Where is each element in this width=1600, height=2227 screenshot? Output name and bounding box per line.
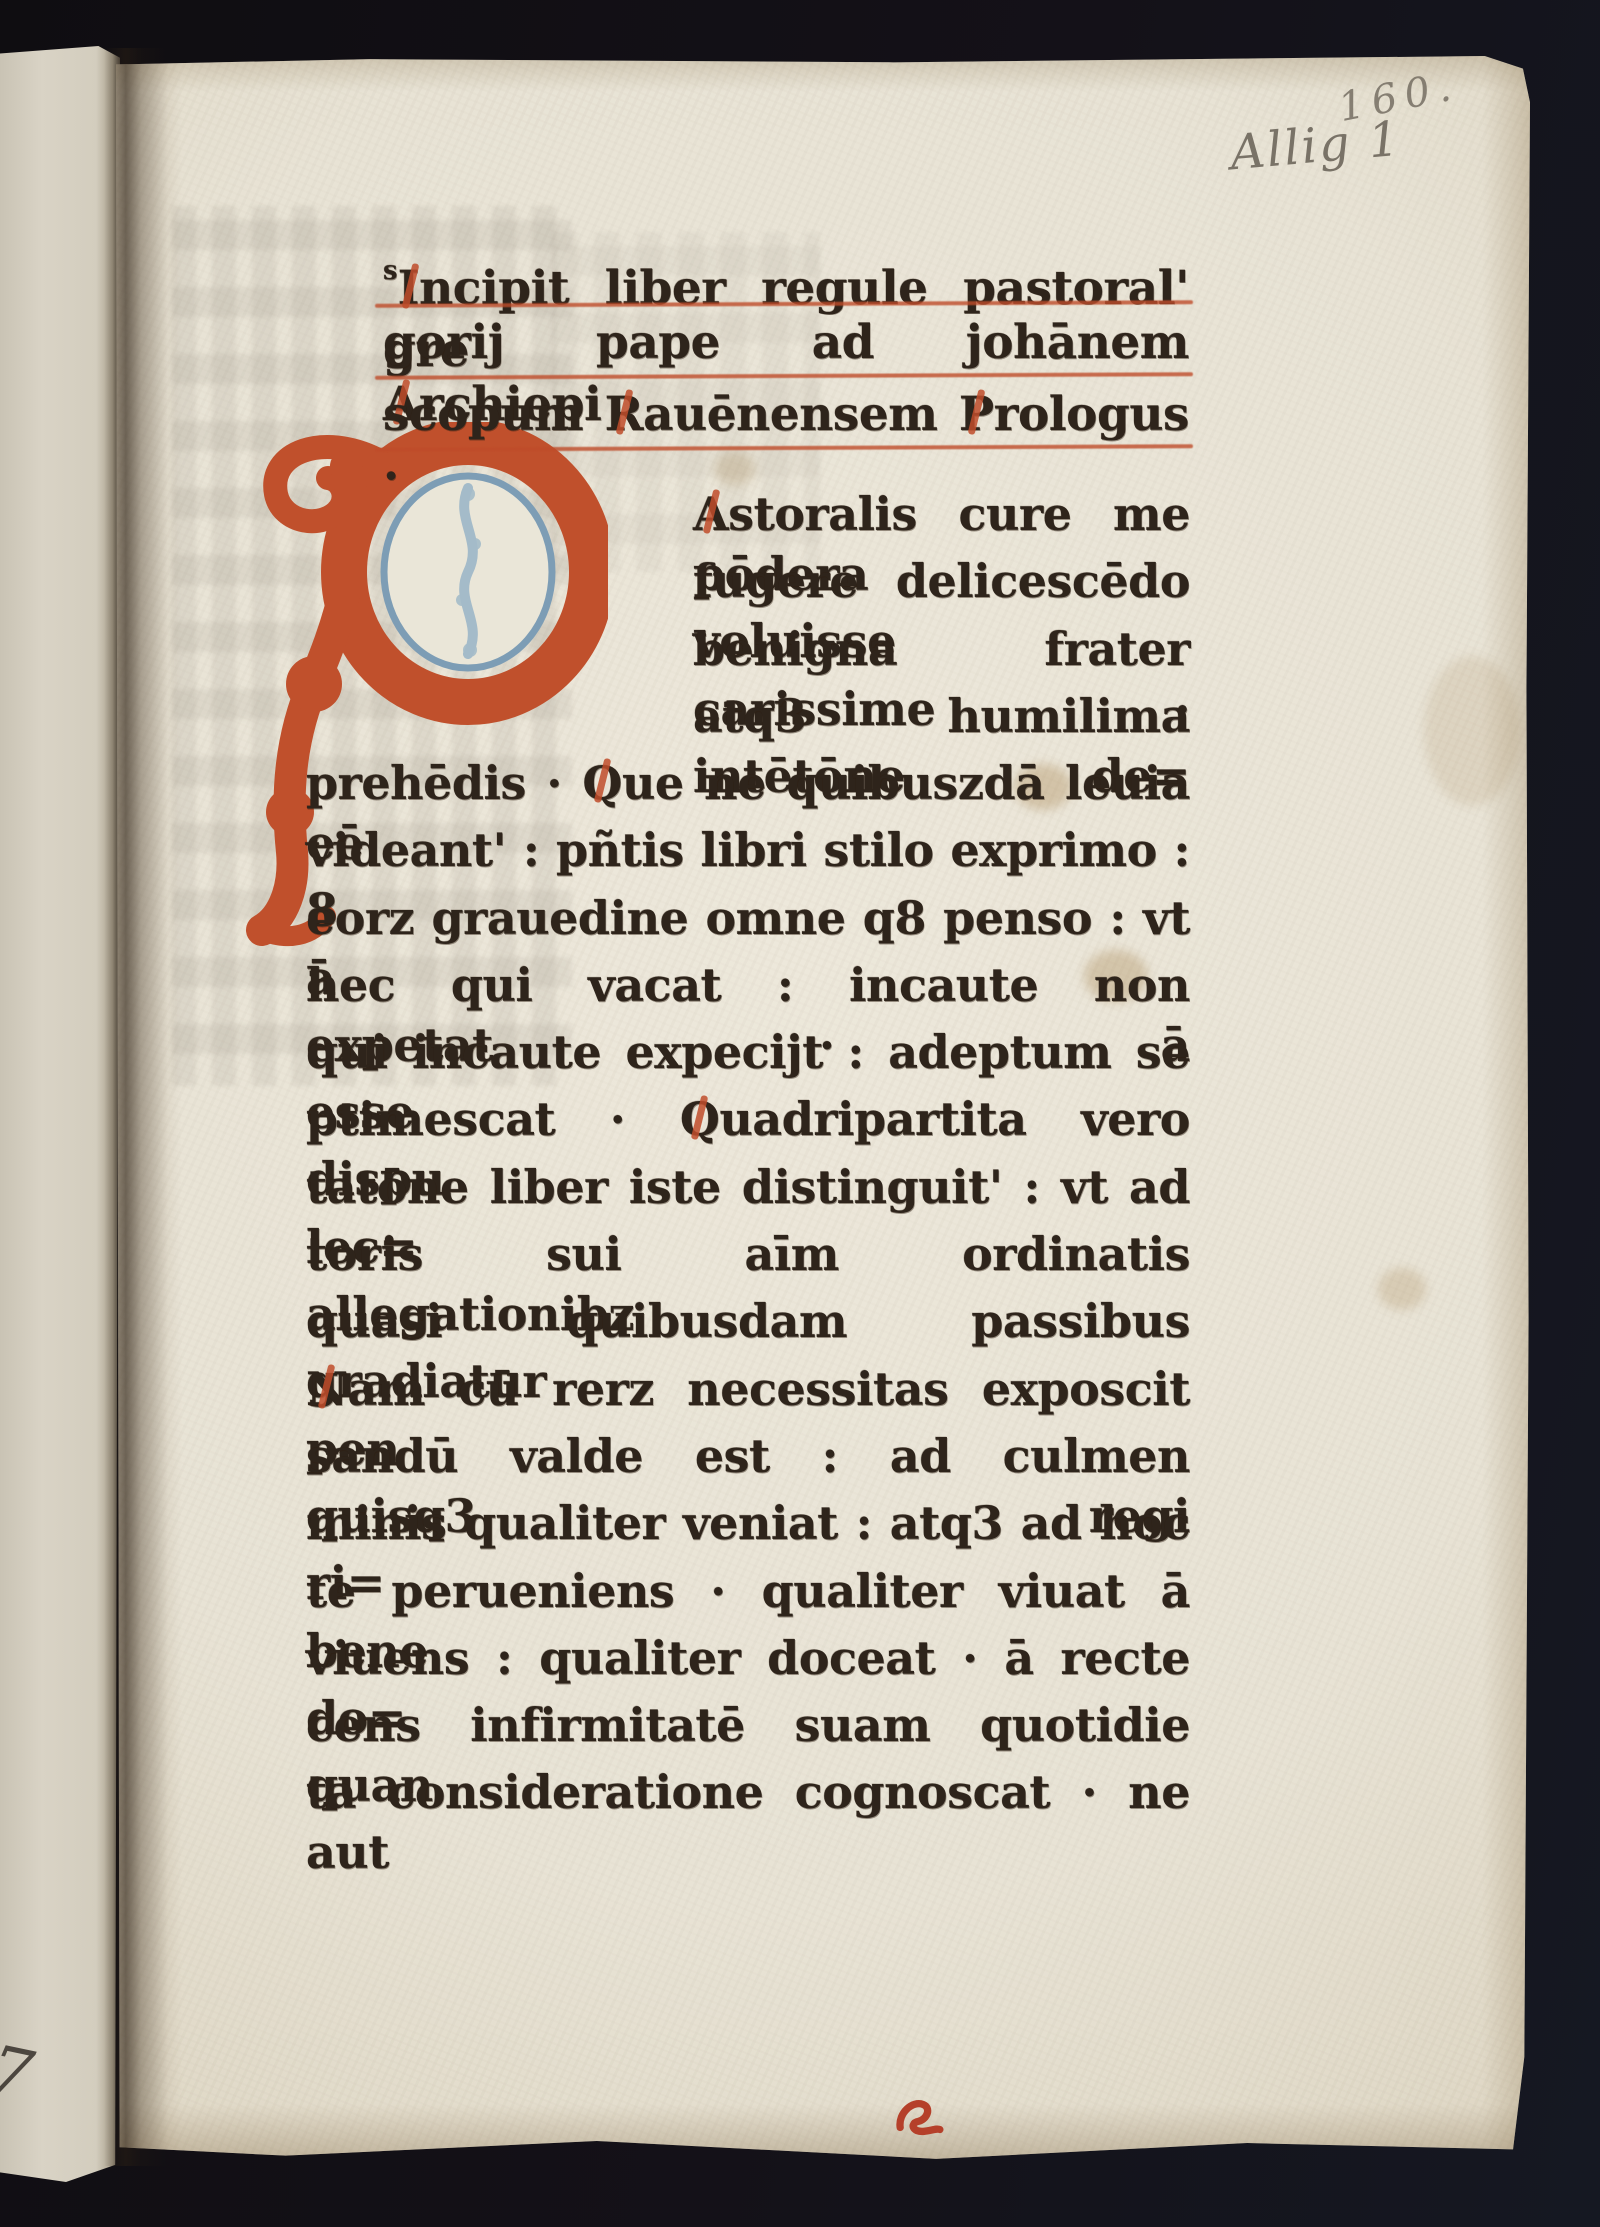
red-underline xyxy=(375,444,1193,452)
text-segment: scopum xyxy=(383,387,605,442)
text-line: hec qui vacat : incaute non expetat · ā xyxy=(306,955,1190,1022)
text-line: Astoralis cure me pōdera xyxy=(693,484,1190,551)
text-line: Nam cū rerz necessitas exposcit pen xyxy=(306,1359,1190,1426)
red-flourish-mark xyxy=(896,2096,944,2138)
text-line: gorij pape ad johānem Archiepi xyxy=(383,312,1189,384)
foxing-stain xyxy=(714,452,756,486)
incipit-heading: sIncipit liber regule pastoral' gregorij… xyxy=(383,240,1189,456)
foxing-stain xyxy=(1378,1268,1426,1310)
red-underline xyxy=(375,372,1193,380)
text-line: minis qualiter veniat : atq3 ad hoc ri= xyxy=(306,1493,1190,1560)
facing-page-edge: 7 xyxy=(0,46,120,2182)
rubricated-capital: Q xyxy=(680,1092,720,1146)
text-line: benigna frater carissime · xyxy=(693,619,1190,686)
text-segment: ta consideratione cognoscat · ne aut xyxy=(306,1765,1190,1879)
text-line: cens infirmitatē suam quotidie quan xyxy=(306,1695,1190,1762)
rubricated-capital: P xyxy=(959,387,994,442)
manuscript-photo: 7 160. Allig 1 sIncipit liber regule pas… xyxy=(0,0,1600,2227)
rubricated-capital: A xyxy=(693,487,728,541)
text-line: qui incaute expecijt : adeptum se esse xyxy=(306,1022,1190,1089)
pen-stroke-mark: 7 xyxy=(0,2030,40,2114)
foxing-stain xyxy=(1424,656,1520,806)
text-segment: s xyxy=(383,256,398,286)
text-line: sIncipit liber regule pastoral' gre xyxy=(383,240,1189,312)
text-segment: gorij pape ad johānem xyxy=(383,315,1189,370)
rubricated-capital: N xyxy=(306,1362,348,1416)
text-segment: prehēdis · xyxy=(306,756,582,810)
rubricated-capital: Q xyxy=(582,756,622,810)
text-line: sandū valde est : ad culmen quisq3 regi xyxy=(306,1426,1190,1493)
prologue-opening-lines: Astoralis cure me pōderafugere delicescē… xyxy=(693,484,1190,753)
prologue-body-lines: prehēdis · Que ne quibuszdā leuia eēvide… xyxy=(306,753,1190,1830)
manuscript-page: 160. Allig 1 sIncipit liber regule pasto… xyxy=(116,56,1530,2162)
text-line: fugere delicescēdo voluisse xyxy=(693,551,1190,618)
text-line: viuens : qualiter doceat · ā recte do= xyxy=(306,1628,1190,1695)
text-line: atq3 humilima intētōne de= xyxy=(693,686,1190,753)
text-line: prehēdis · Que ne quibuszdā leuia eē xyxy=(306,753,1190,820)
text-line: scopum Rauēnensem Prologus · xyxy=(383,384,1189,456)
text-line: videant' : pñtis libri stilo exprimo : 8 xyxy=(306,820,1190,887)
text-line: eorz grauedine omne q8 penso : vt ā xyxy=(306,888,1190,955)
text-line: te perueniens · qualiter viuat ā bene xyxy=(306,1561,1190,1628)
text-line: ta consideratione cognoscat · ne aut xyxy=(306,1762,1190,1829)
text-segment: ptimescat · xyxy=(306,1092,680,1146)
rubricated-capital: R xyxy=(605,387,644,442)
text-line: ptimescat · Quadripartita vero dispu xyxy=(306,1089,1190,1156)
text-line: toris sui aīm ordinatis allegationibz xyxy=(306,1224,1190,1291)
text-segment: auēnensem xyxy=(643,387,959,442)
binder-annotation: Allig 1 xyxy=(1228,111,1403,182)
text-line: tatōne liber iste distinguit' : vt ad le… xyxy=(306,1157,1190,1224)
text-line: quasi quibusdam passibus gradiatur xyxy=(306,1291,1190,1358)
